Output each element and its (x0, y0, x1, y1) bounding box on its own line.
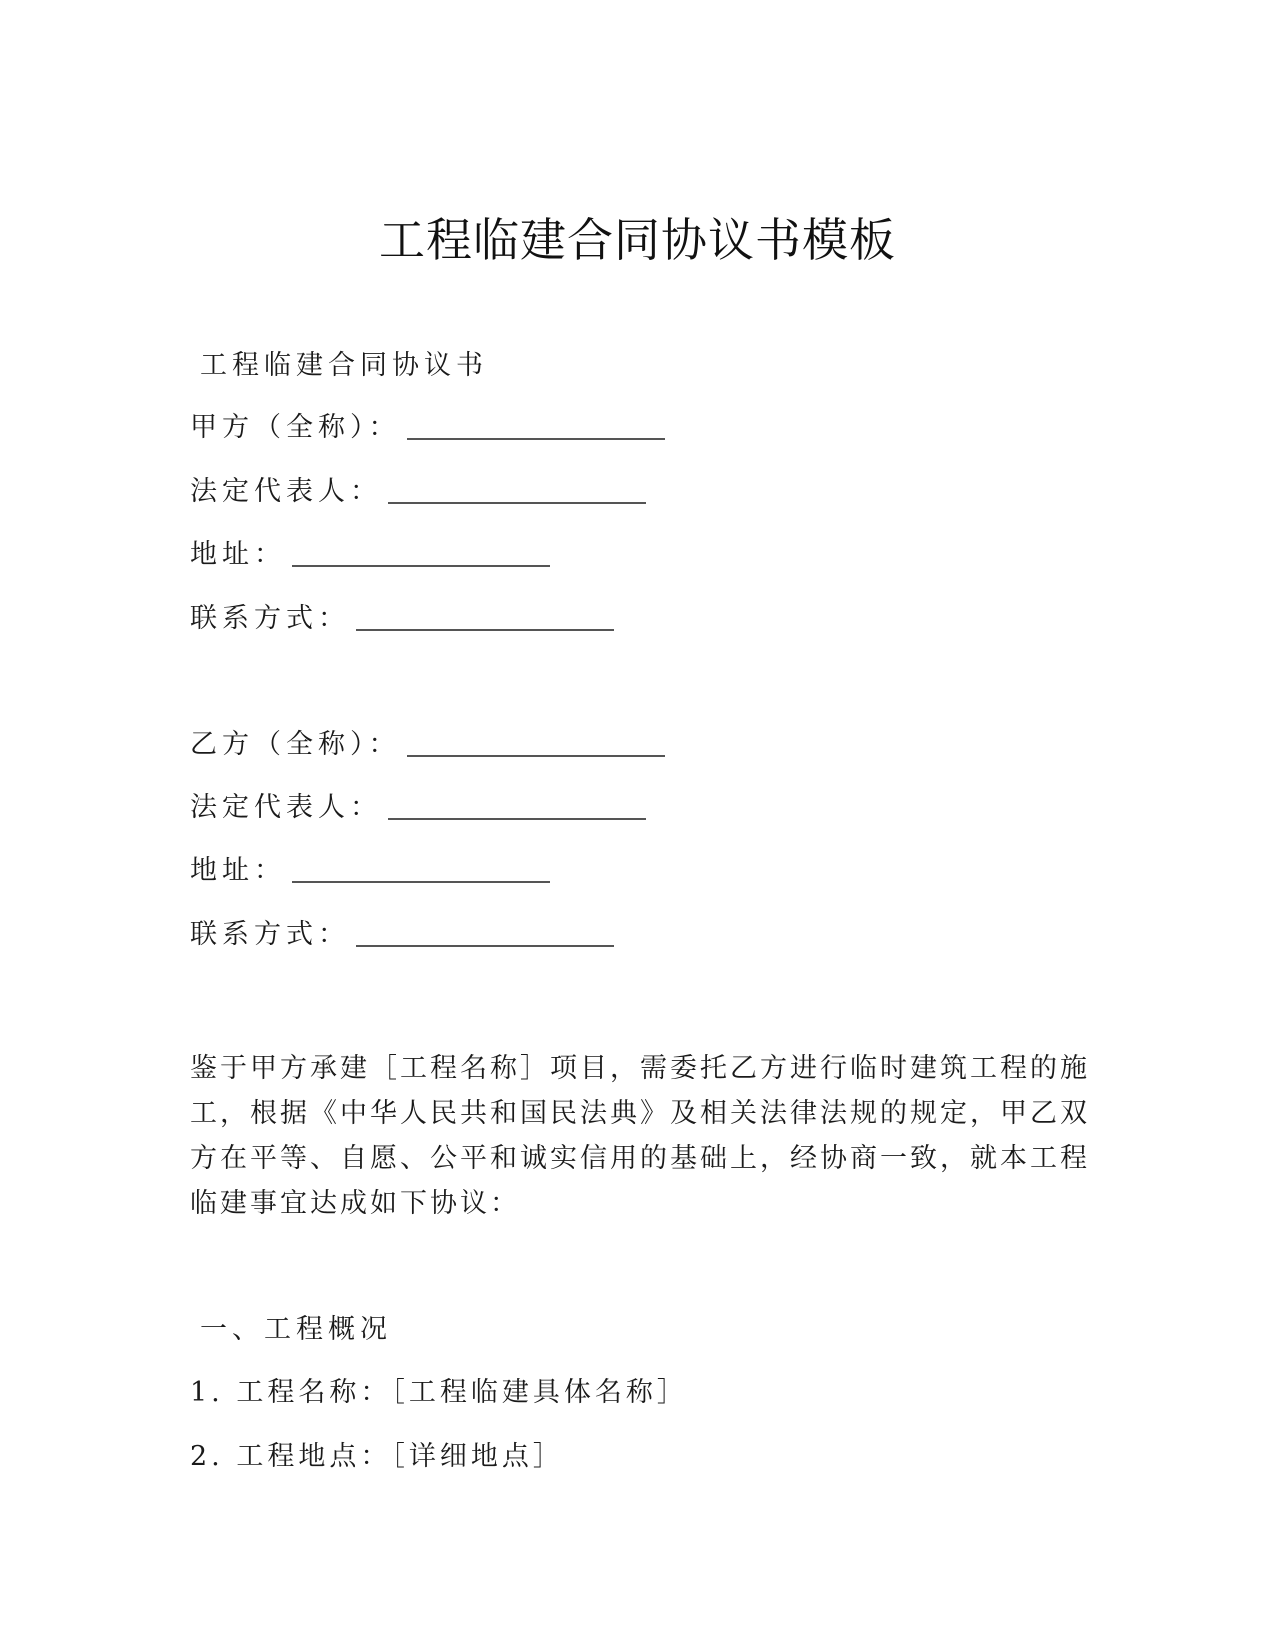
party-a-name-field: 甲方（全称）： (190, 410, 665, 446)
document-subtitle: 工程临建合同协议书 (200, 348, 488, 384)
party-b-contact-blank[interactable] (356, 945, 614, 947)
party-b-contact-label: 联系方式： (190, 919, 350, 950)
party-a-address-field: 地址： (190, 537, 550, 573)
party-b-address-label: 地址： (190, 855, 286, 886)
party-a-rep-blank[interactable] (388, 502, 646, 504)
section-heading: 一、工程概况 (200, 1312, 392, 1348)
party-b-name-field: 乙方（全称）： (190, 727, 665, 763)
party-b-rep-label: 法定代表人： (190, 792, 382, 823)
party-b-name-blank[interactable] (407, 755, 665, 757)
party-b-rep-blank[interactable] (388, 818, 646, 820)
preamble-line: 鉴于甲方承建［工程名称］项目，需委托乙方进行临时建筑工程的施 (190, 1046, 1070, 1091)
preamble-line: 工，根据《中华人民共和国民法典》及相关法律法规的规定，甲乙双 (190, 1091, 1070, 1136)
party-a-contact-blank[interactable] (356, 629, 614, 631)
party-a-address-blank[interactable] (292, 565, 550, 567)
party-b-address-field: 地址： (190, 853, 550, 889)
party-b-rep-field: 法定代表人： (190, 790, 646, 826)
party-a-contact-field: 联系方式： (190, 601, 614, 637)
party-b-contact-field: 联系方式： (190, 917, 614, 953)
preamble-line: 临建事宜达成如下协议： (190, 1181, 1070, 1226)
party-a-address-label: 地址： (190, 539, 286, 570)
preamble-line: 方在平等、自愿、公平和诚实信用的基础上，经协商一致，就本工程 (190, 1136, 1070, 1181)
section-item: 1. 工程名称：［工程临建具体名称］ (190, 1375, 688, 1411)
party-b-address-blank[interactable] (292, 881, 550, 883)
preamble-paragraph: 鉴于甲方承建［工程名称］项目，需委托乙方进行临时建筑工程的施 工，根据《中华人民… (190, 1046, 1070, 1226)
party-a-contact-label: 联系方式： (190, 603, 350, 634)
party-a-name-blank[interactable] (407, 438, 665, 440)
party-a-name-label: 甲方（全称）： (190, 412, 401, 443)
party-b-name-label: 乙方（全称）： (190, 729, 401, 760)
document-title: 工程临建合同协议书模板 (0, 212, 1275, 268)
party-a-rep-field: 法定代表人： (190, 474, 646, 510)
party-a-rep-label: 法定代表人： (190, 476, 382, 507)
section-item: 2. 工程地点：［详细地点］ (190, 1439, 564, 1475)
